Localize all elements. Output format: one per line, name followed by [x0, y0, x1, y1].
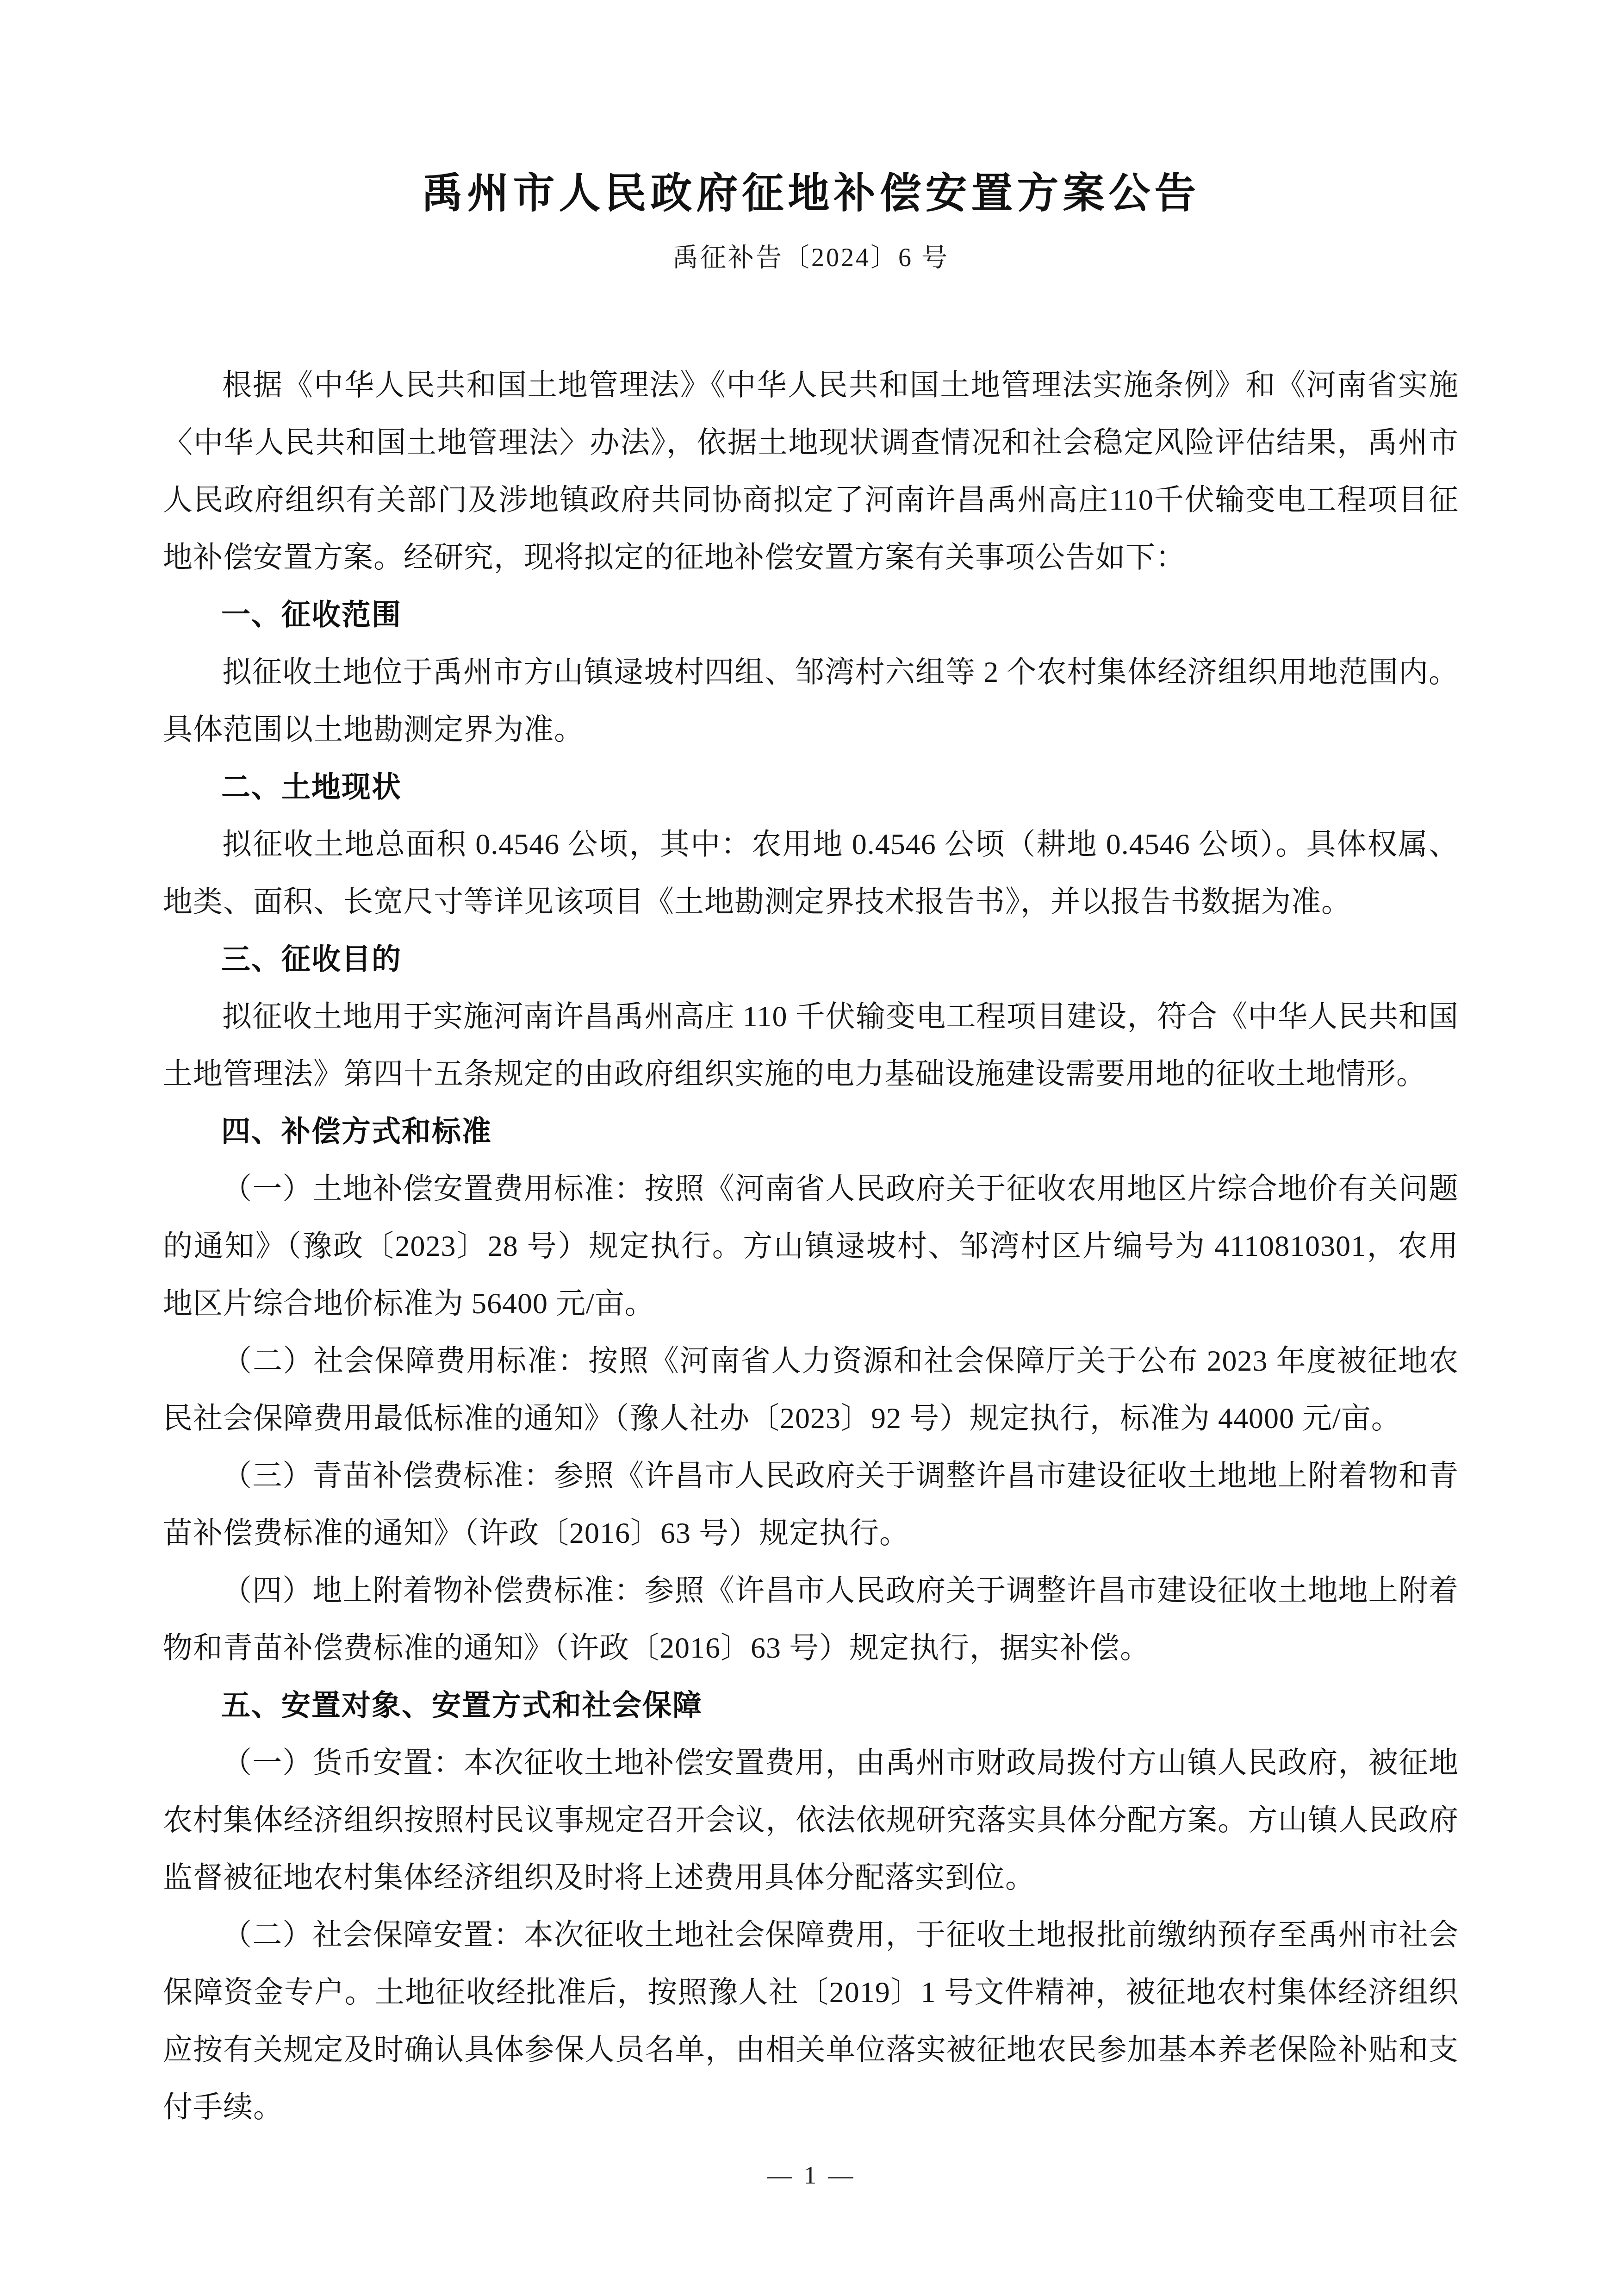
- page-title: 禹州市人民政府征地补偿安置方案公告: [163, 172, 1459, 216]
- document-page: 禹州市人民政府征地补偿安置方案公告 禹征补告〔2024〕6 号 根据《中华人民共…: [0, 0, 1623, 2296]
- doc-body: 根据《中华人民共和国土地管理法》《中华人民共和国土地管理法实施条例》和《河南省实…: [163, 356, 1459, 2136]
- doc-number: 禹征补告〔2024〕6 号: [163, 244, 1459, 273]
- section-1-paragraph: 拟征收土地位于禹州市方山镇逯坡村四组、邹湾村六组等 2 个农村集体经济组织用地范…: [163, 643, 1459, 758]
- section-5-heading: 五、安置对象、安置方式和社会保障: [163, 1677, 1459, 1734]
- intro-paragraph: 根据《中华人民共和国土地管理法》《中华人民共和国土地管理法实施条例》和《河南省实…: [163, 356, 1459, 586]
- section-4-paragraph-1: （一）土地补偿安置费用标准：按照《河南省人民政府关于征收农用地区片综合地价有关问…: [163, 1160, 1459, 1332]
- section-5-paragraph-2: （二）社会保障安置：本次征收土地社会保障费用，于征收土地报批前缴纳预存至禹州市社…: [163, 1906, 1459, 2136]
- section-4-paragraph-2: （二）社会保障费用标准：按照《河南省人力资源和社会保障厅关于公布 2023 年度…: [163, 1332, 1459, 1447]
- section-4-paragraph-4: （四）地上附着物补偿费标准：参照《许昌市人民政府关于调整许昌市建设征收土地地上附…: [163, 1562, 1459, 1677]
- document-content: 禹州市人民政府征地补偿安置方案公告 禹征补告〔2024〕6 号 根据《中华人民共…: [163, 0, 1459, 2136]
- section-2-heading: 二、土地现状: [163, 758, 1459, 816]
- section-3-paragraph: 拟征收土地用于实施河南许昌禹州高庄 110 千伏输变电工程项目建设，符合《中华人…: [163, 988, 1459, 1103]
- page-footer: — 1 —: [0, 2161, 1623, 2190]
- section-1-heading: 一、征收范围: [163, 586, 1459, 643]
- section-2-paragraph: 拟征收土地总面积 0.4546 公顷，其中：农用地 0.4546 公顷（耕地 0…: [163, 816, 1459, 930]
- page-number: — 1 —: [767, 2161, 856, 2189]
- section-5-paragraph-1: （一）货币安置：本次征收土地补偿安置费用，由禹州市财政局拨付方山镇人民政府，被征…: [163, 1734, 1459, 1906]
- section-3-heading: 三、征收目的: [163, 930, 1459, 988]
- section-4-paragraph-3: （三）青苗补偿费标准：参照《许昌市人民政府关于调整许昌市建设征收土地地上附着物和…: [163, 1447, 1459, 1562]
- section-4-heading: 四、补偿方式和标准: [163, 1103, 1459, 1160]
- doc-header: 禹州市人民政府征地补偿安置方案公告 禹征补告〔2024〕6 号: [163, 172, 1459, 272]
